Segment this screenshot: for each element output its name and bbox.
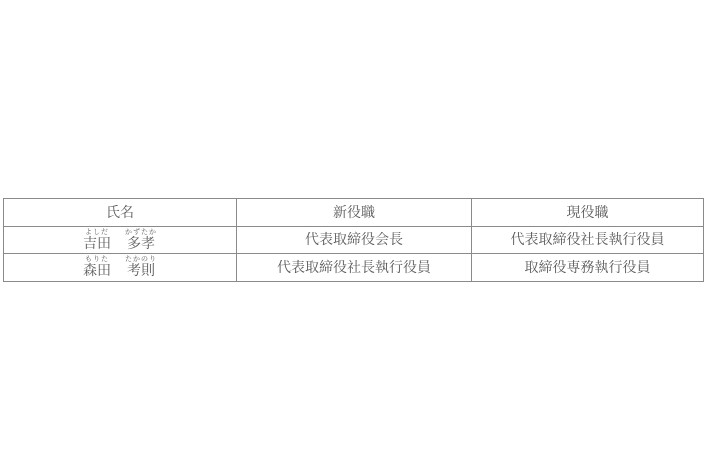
current-position-cell: 代表取締役社長執行役員 xyxy=(472,227,704,254)
name-given: 多孝かずたか xyxy=(125,235,157,251)
new-position-cell: 代表取締役会長 xyxy=(237,227,472,254)
name-family-furigana: よしだ xyxy=(83,229,111,236)
name-family-furigana: もりた xyxy=(83,256,111,263)
name-family-text: 吉田 xyxy=(83,235,111,251)
name-family: 吉田よしだ xyxy=(83,235,111,251)
header-name: 氏名 xyxy=(4,199,237,227)
name-given-furigana: かずたか xyxy=(125,229,157,236)
new-position-cell: 代表取締役社長執行役員 xyxy=(237,254,472,282)
header-new-position: 新役職 xyxy=(237,199,472,227)
header-current-position: 現役職 xyxy=(472,199,704,227)
name-given-text: 多孝 xyxy=(125,235,157,251)
header-row: 氏名 新役職 現役職 xyxy=(4,199,704,227)
name-given: 考則たかのり xyxy=(125,262,157,278)
name-cell: 吉田よしだ多孝かずたか xyxy=(4,227,237,254)
table-row: 吉田よしだ多孝かずたか 代表取締役会長 代表取締役社長執行役員 xyxy=(4,227,704,254)
name-family-text: 森田 xyxy=(83,262,111,278)
table-row: 森田もりた考則たかのり 代表取締役社長執行役員 取締役専務執行役員 xyxy=(4,254,704,282)
officers-table: 氏名 新役職 現役職 吉田よしだ多孝かずたか 代表取締役会長 代表取締役社長執行… xyxy=(3,198,704,282)
name-family: 森田もりた xyxy=(83,262,111,278)
current-position-cell: 取締役専務執行役員 xyxy=(472,254,704,282)
name-given-furigana: たかのり xyxy=(125,256,157,263)
name-cell: 森田もりた考則たかのり xyxy=(4,254,237,282)
name-given-text: 考則 xyxy=(125,262,157,278)
